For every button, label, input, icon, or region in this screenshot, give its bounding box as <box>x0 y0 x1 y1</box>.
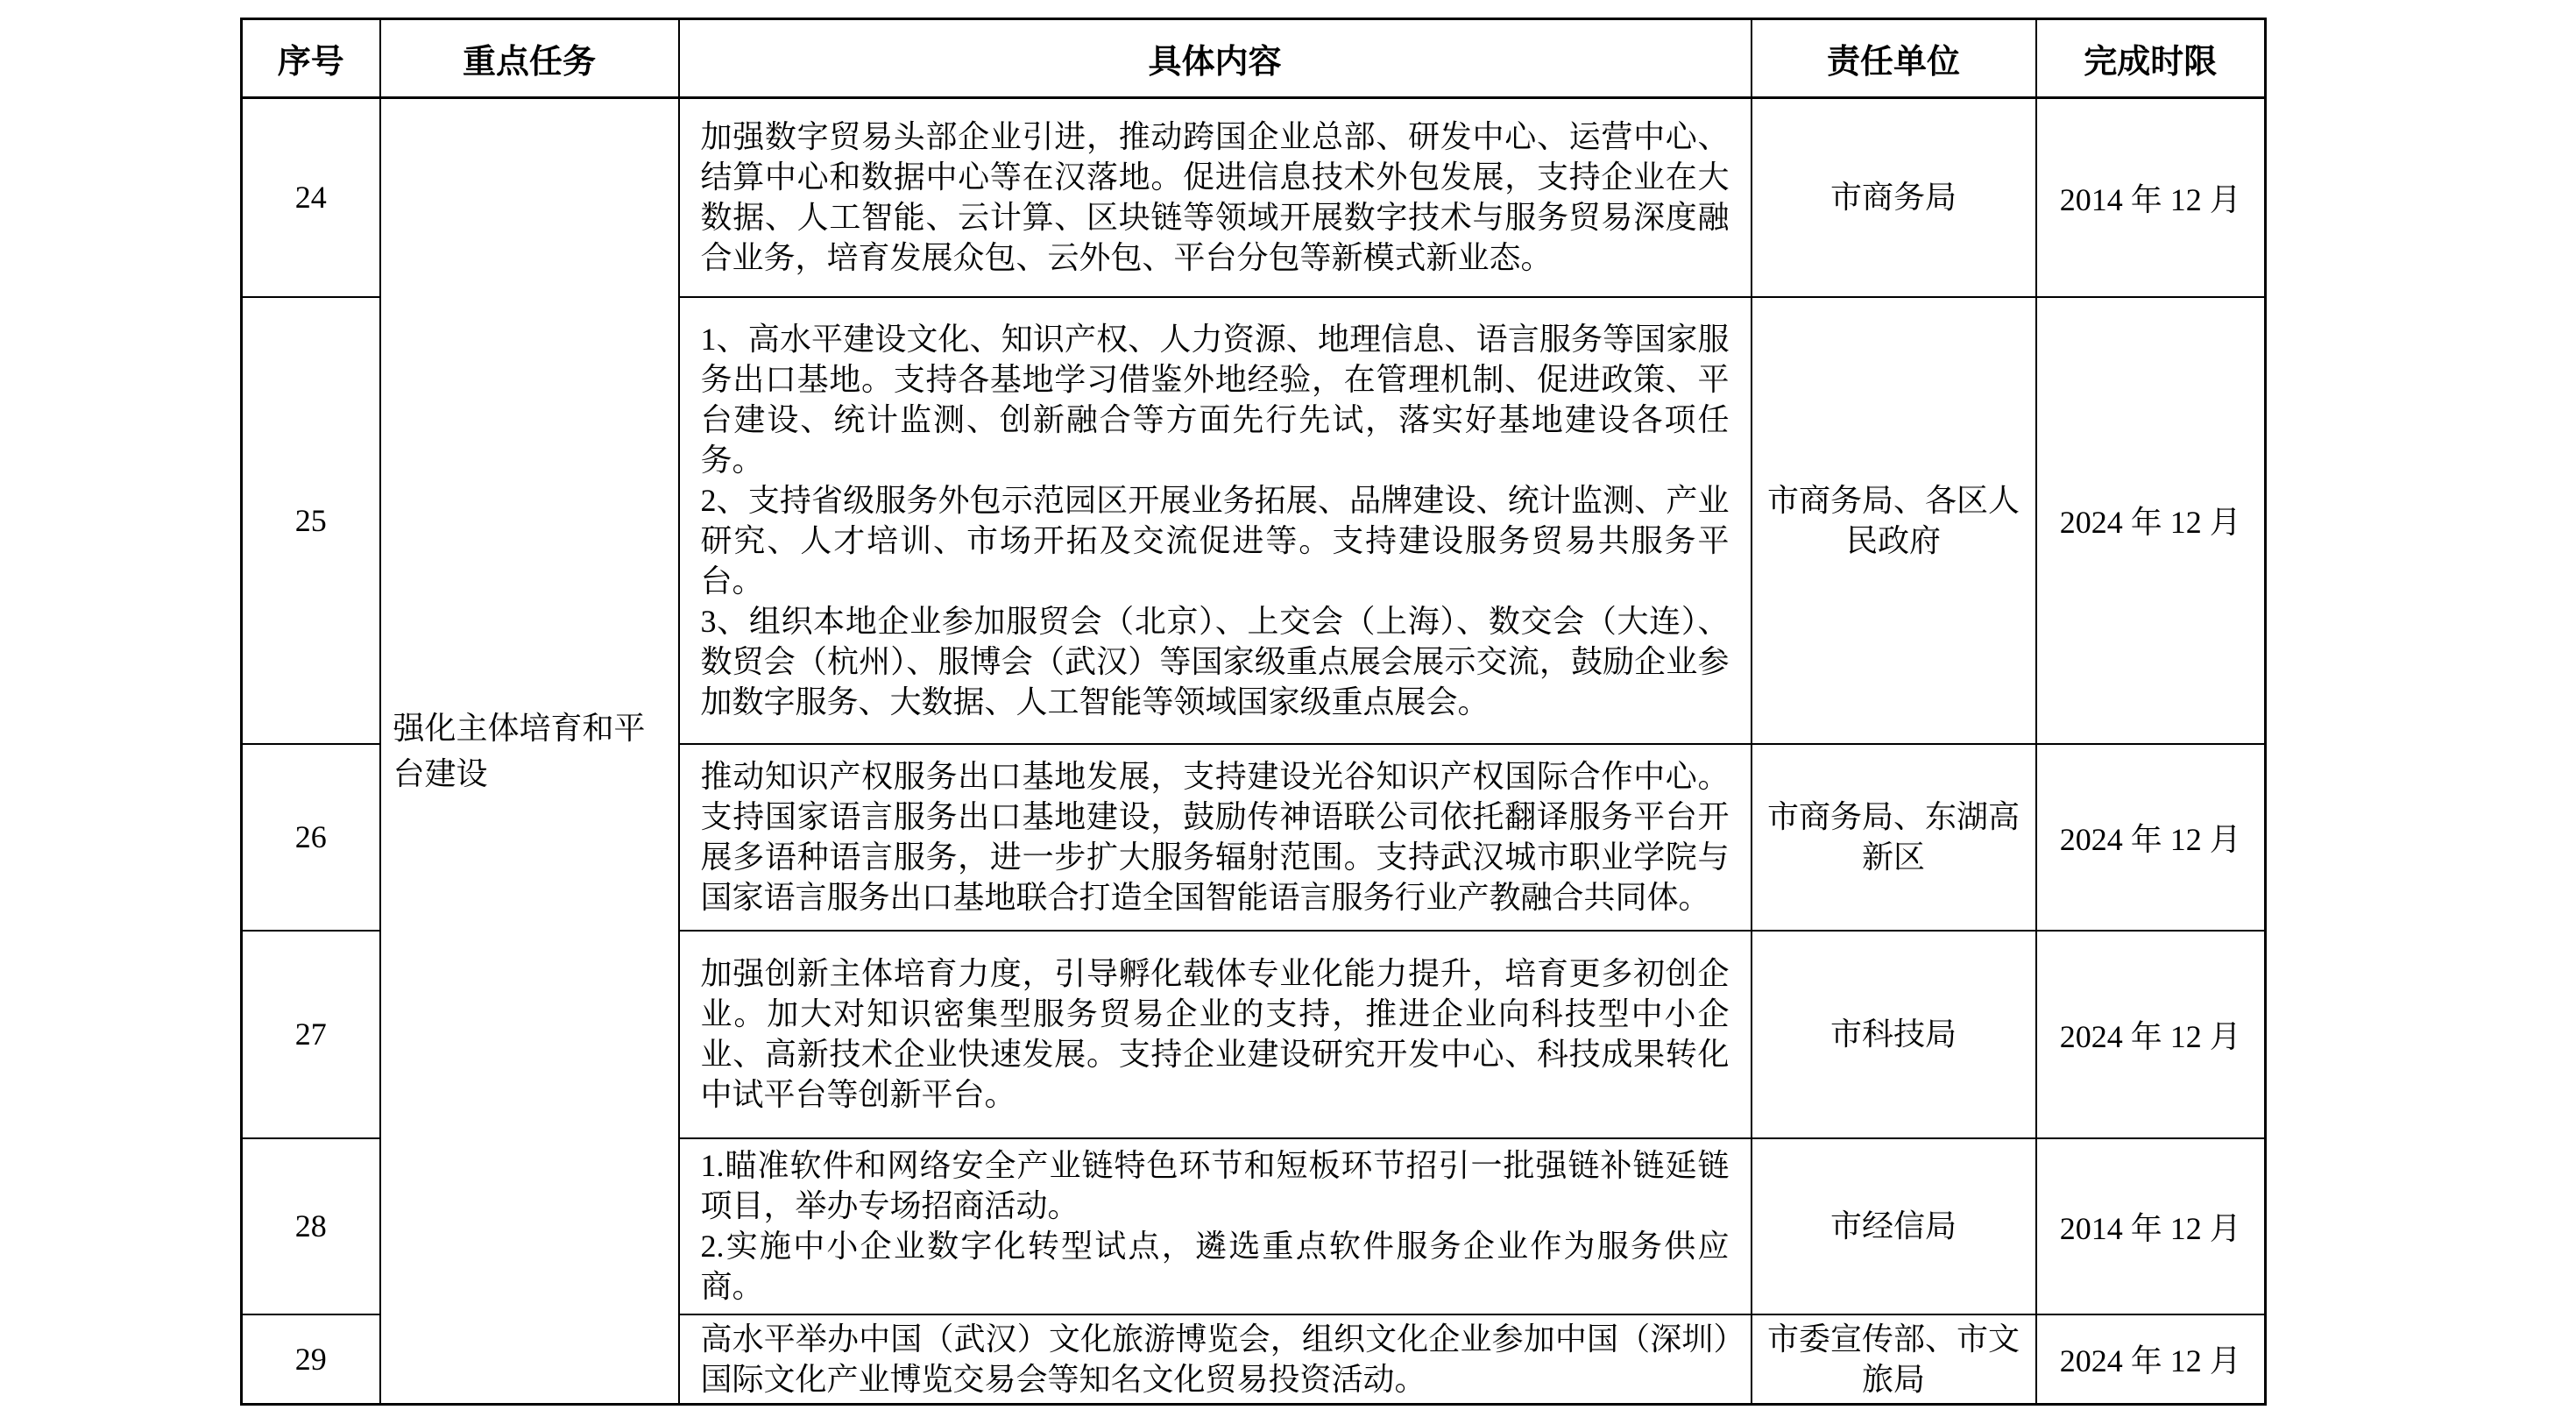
responsible-unit-cell: 市委宣传部、市文旅局 <box>1752 1314 2036 1405</box>
deadline-cell: 2024 年 12 月 <box>2036 1314 2266 1405</box>
row-number-cell: 25 <box>242 297 380 744</box>
task-content-cell: 加强创新主体培育力度，引导孵化载体专业化能力提升，培育更多初创企业。加大对知识密… <box>679 931 1752 1138</box>
task-content-cell: 加强数字贸易头部企业引进，推动跨国企业总部、研发中心、运营中心、结算中心和数据中… <box>679 98 1752 297</box>
deadline-cell: 2024 年 12 月 <box>2036 744 2266 931</box>
responsible-unit-cell: 市商务局、东湖高新区 <box>1752 744 2036 931</box>
task-content-cell: 1、高水平建设文化、知识产权、人力资源、地理信息、语言服务等国家服务出口基地。支… <box>679 297 1752 744</box>
row-number-cell: 27 <box>242 931 380 1138</box>
responsible-unit-cell: 市商务局、各区人民政府 <box>1752 297 2036 744</box>
deadline-cell: 2014 年 12 月 <box>2036 98 2266 297</box>
header-serial-number: 序号 <box>242 19 380 98</box>
deadline-cell: 2024 年 12 月 <box>2036 931 2266 1138</box>
row-number-cell: 26 <box>242 744 380 931</box>
responsible-unit-cell: 市科技局 <box>1752 931 2036 1138</box>
task-content-cell: 推动知识产权服务出口基地发展，支持建设光谷知识产权国际合作中心。支持国家语言服务… <box>679 744 1752 931</box>
task-content-cell: 高水平举办中国（武汉）文化旅游博览会，组织文化企业参加中国（深圳）国际文化产业博… <box>679 1314 1752 1405</box>
header-responsible-unit: 责任单位 <box>1752 19 2036 98</box>
row-number-cell: 24 <box>242 98 380 297</box>
task-table: 序号 重点任务 具体内容 责任单位 完成时限 24 强化主体培育和平台建设 加强… <box>240 18 2267 1406</box>
table-header-row: 序号 重点任务 具体内容 责任单位 完成时限 <box>242 19 2266 98</box>
deadline-cell: 2024 年 12 月 <box>2036 297 2266 744</box>
row-number-cell: 28 <box>242 1138 380 1314</box>
row-number-cell: 29 <box>242 1314 380 1405</box>
deadline-cell: 2014 年 12 月 <box>2036 1138 2266 1314</box>
header-key-task: 重点任务 <box>380 19 679 98</box>
responsible-unit-cell: 市经信局 <box>1752 1138 2036 1314</box>
task-content-cell: 1.瞄准软件和网络安全产业链特色环节和短板环节招引一批强链补链延链项目，举办专场… <box>679 1138 1752 1314</box>
header-specific-content: 具体内容 <box>679 19 1752 98</box>
table-row: 24 强化主体培育和平台建设 加强数字贸易头部企业引进，推动跨国企业总部、研发中… <box>242 98 2266 297</box>
document-page: 序号 重点任务 具体内容 责任单位 完成时限 24 强化主体培育和平台建设 加强… <box>0 0 2576 1417</box>
merged-key-task-cell: 强化主体培育和平台建设 <box>380 98 679 1405</box>
responsible-unit-cell: 市商务局 <box>1752 98 2036 297</box>
header-deadline: 完成时限 <box>2036 19 2266 98</box>
